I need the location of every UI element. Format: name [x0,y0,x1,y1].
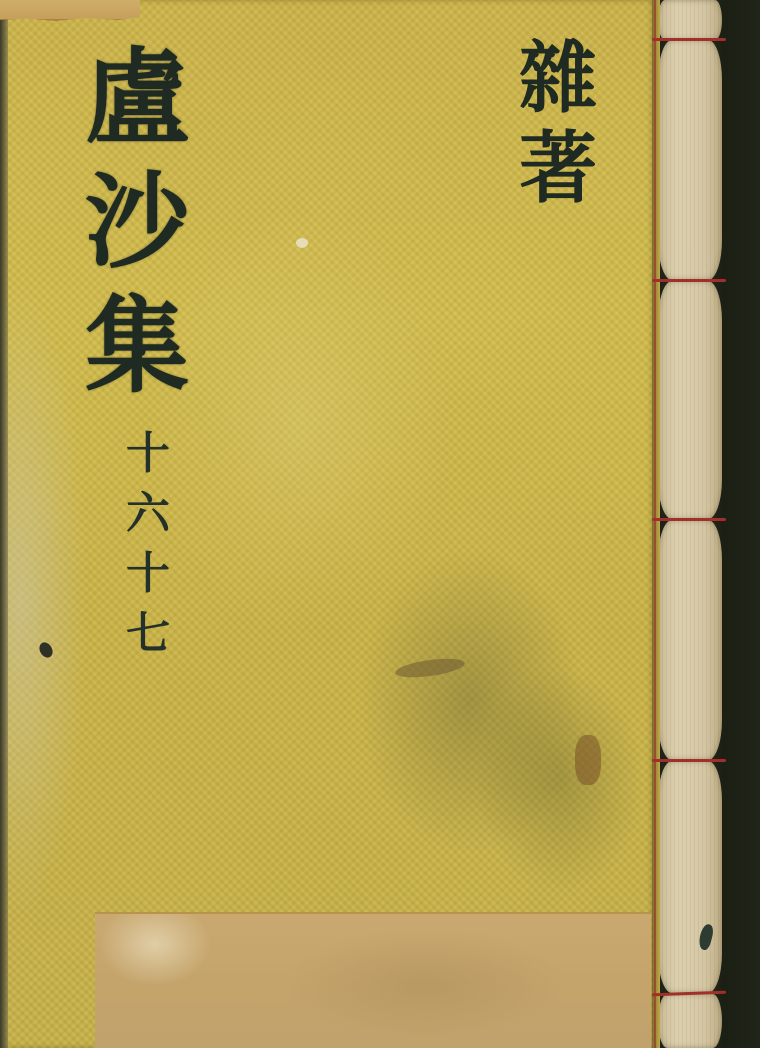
worn-spot [296,238,308,248]
title-char: 盧 [85,36,189,160]
volume-char: 六 [126,484,170,544]
binding-thread-vertical [654,0,656,1048]
binding-thread [652,38,726,41]
page-segment [658,281,722,519]
page-segment [658,520,722,760]
binding-thread [652,518,726,521]
repair-paper-patch-bottom [95,912,651,1048]
title-char: 集 [85,284,189,408]
binding-thread [652,759,726,762]
section-label: 雜 著 [508,34,608,214]
book-title: 盧 沙 集 [72,36,202,408]
cover-left-edge [0,0,8,1048]
page-segment [658,994,722,1048]
page-segment [658,0,722,40]
volume-char: 十 [126,544,170,604]
section-char: 雜 [519,34,597,124]
volume-char: 七 [126,604,170,664]
title-char: 沙 [85,160,189,284]
page-segment [658,40,722,280]
stain [394,655,466,681]
section-char: 著 [519,124,597,214]
page-segment [658,761,722,993]
volume-char: 十 [126,424,170,484]
ink-spot [37,640,55,660]
page-block-spine [652,0,732,1048]
volume-number: 十 六 十 七 [118,424,178,664]
book-photo: 盧 沙 集 十 六 十 七 雜 著 [0,0,760,1048]
book-cover: 盧 沙 集 十 六 十 七 雜 著 [0,0,656,1048]
torn-paper-patch-top [0,0,140,21]
binding-thread [652,279,726,282]
stain [575,735,601,785]
